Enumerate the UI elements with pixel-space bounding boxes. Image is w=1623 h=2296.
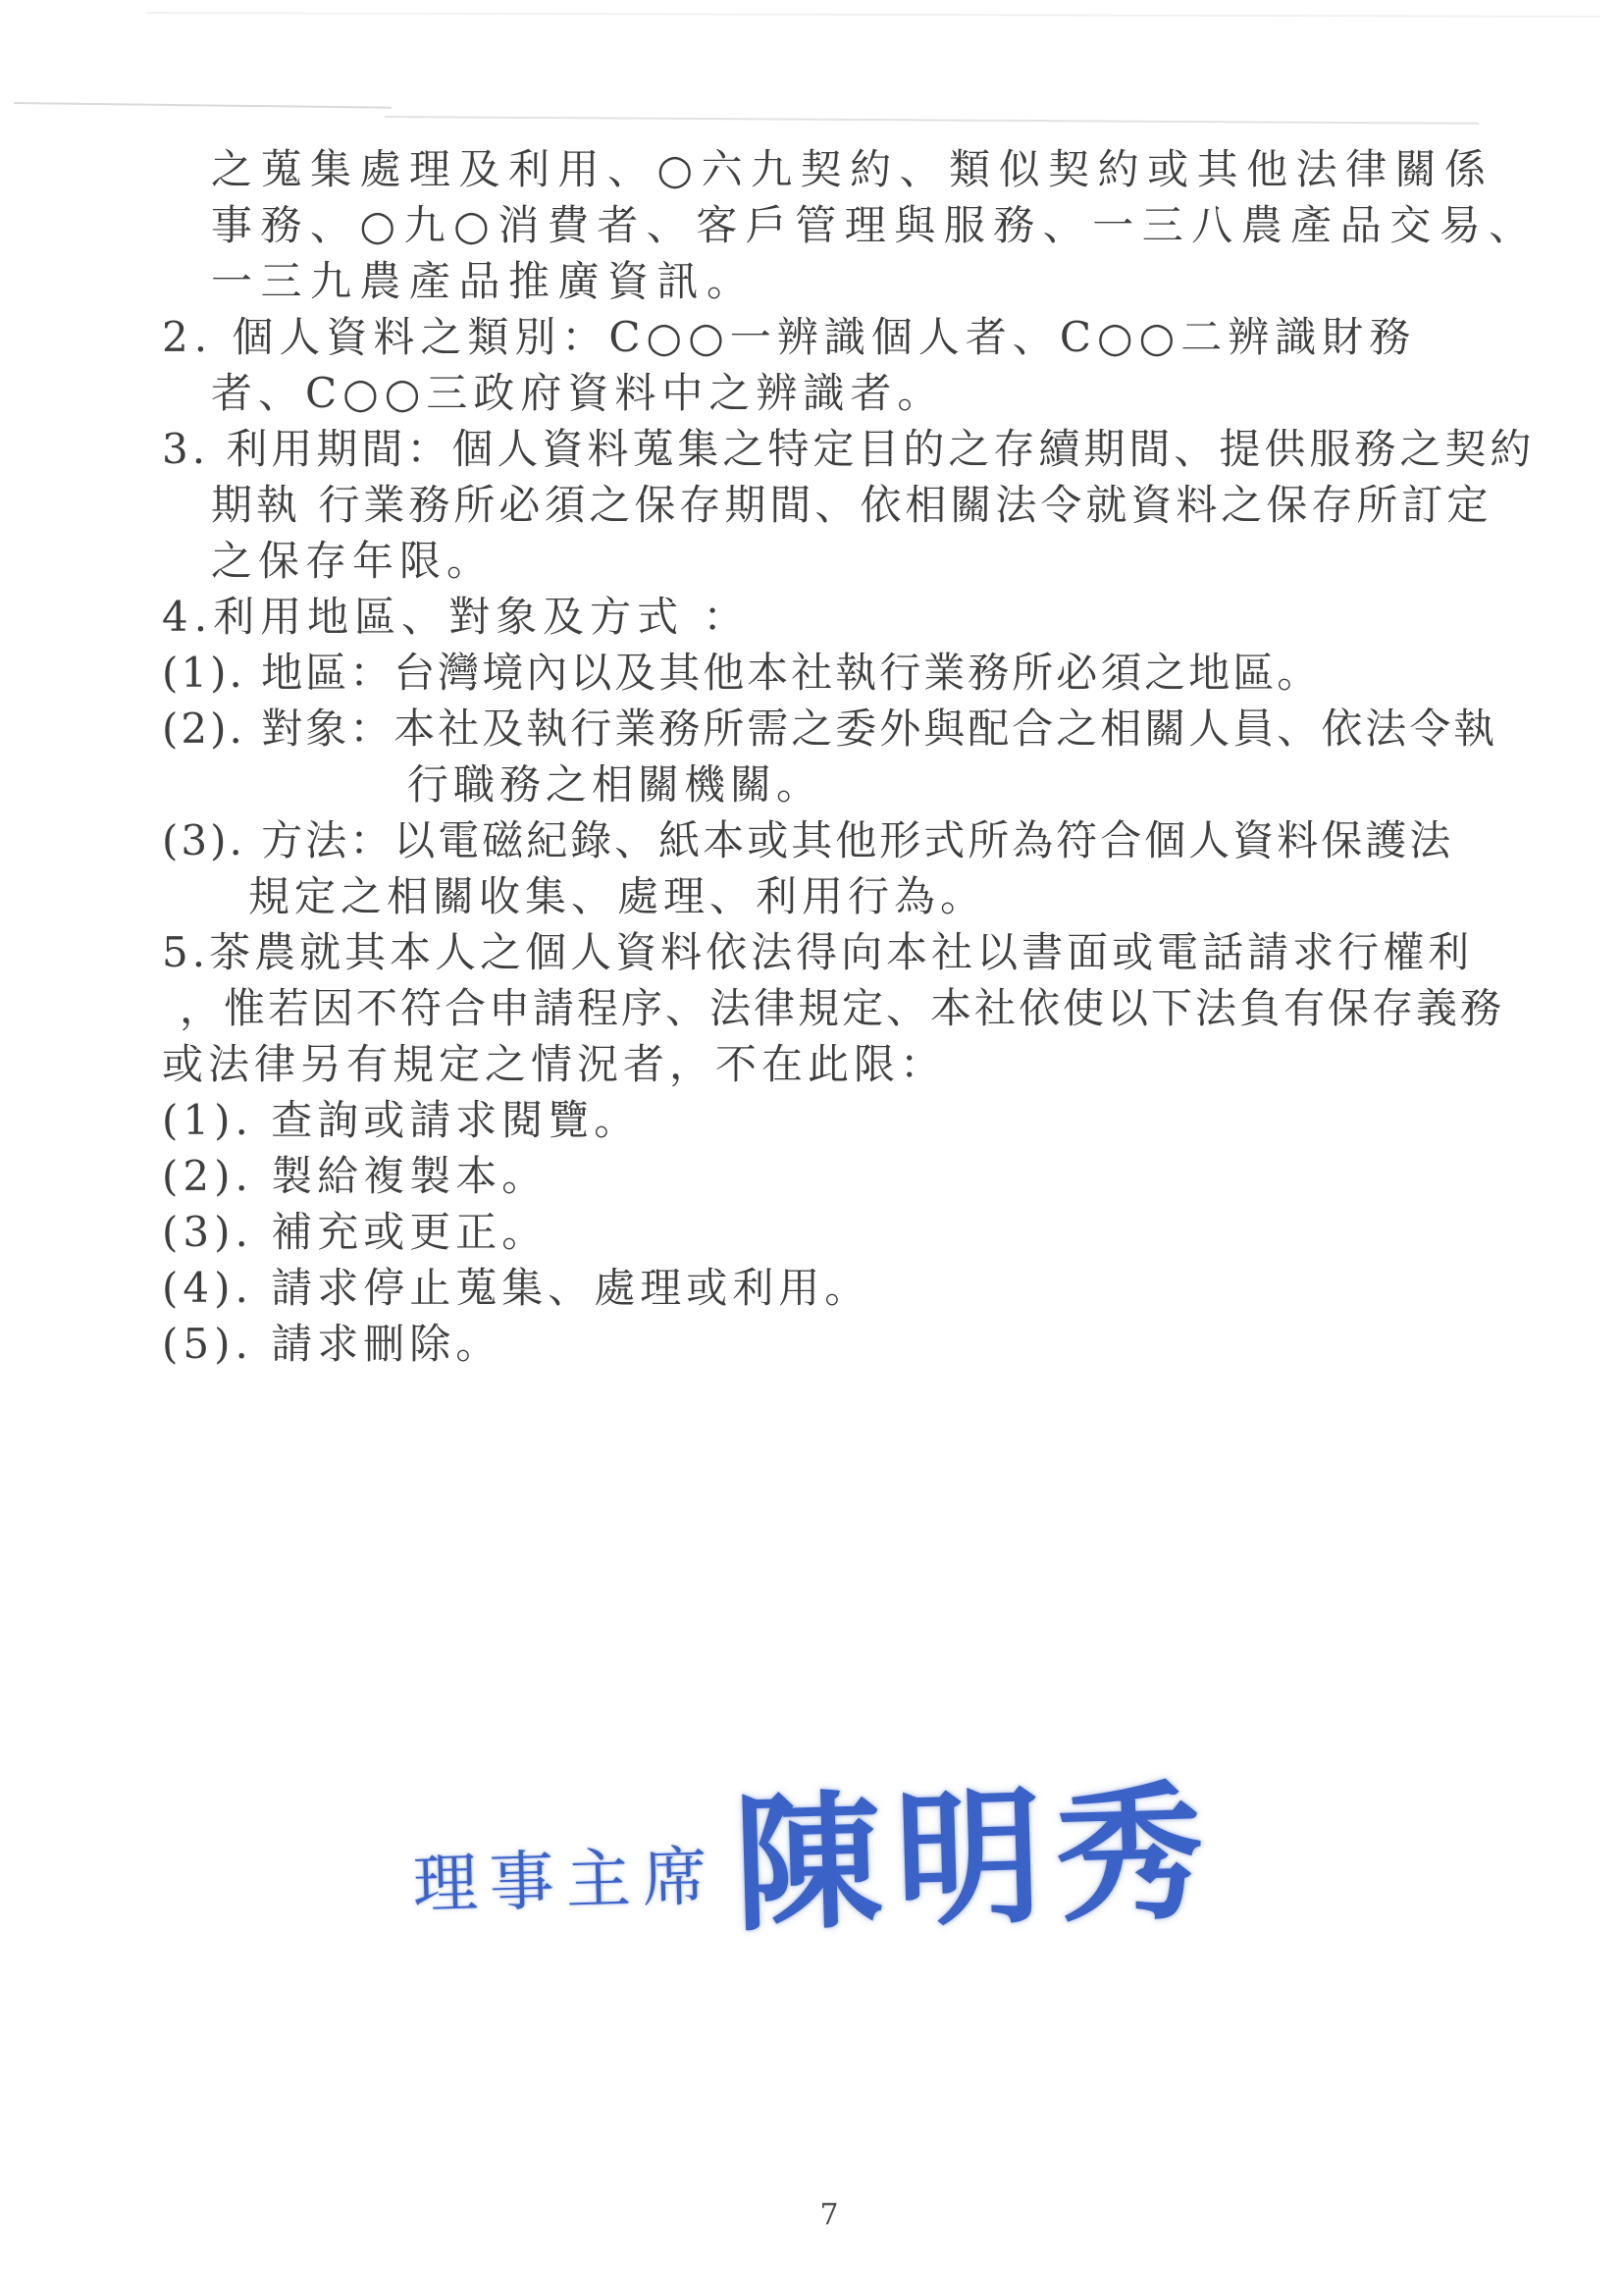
body-line: 之保存年限。 bbox=[211, 539, 494, 584]
body-line-item-3: 3. 利用期間：個人資料蒐集之特定目的之存續期間、提供服務之契約 bbox=[162, 427, 1535, 472]
scan-artifact-line bbox=[385, 116, 1479, 125]
body-line: 事務、○九○消費者、客戶管理與服務、一三八農產品交易、 bbox=[211, 203, 1539, 248]
page-number: 7 bbox=[0, 2198, 1623, 2232]
body-line: 規定之相關收集、處理、利用行為。 bbox=[248, 874, 986, 919]
stamp-name-text: 陳明秀 bbox=[731, 1734, 1220, 1959]
body-line: 或法律另有規定之情況者，不在此限： bbox=[162, 1042, 946, 1087]
body-line-item-4: 4.利用地區、對象及方式 ： bbox=[162, 595, 750, 640]
body-line-right-2: (2). 製給複製本。 bbox=[162, 1154, 548, 1199]
body-line-sub-3: (3). 方法：以電磁紀錄、紙本或其他形式所為符合個人資料保護法 bbox=[162, 818, 1453, 863]
body-line-item-5: 5.茶農就其本人之個人資料依法得向本社以書面或電話請求行權利 bbox=[162, 930, 1473, 975]
body-line-right-4: (4). 請求停止蒐集、處理或利用。 bbox=[162, 1266, 870, 1311]
body-line: 期執 行業務所必須之保存期間、依相關法令就資料之保存所訂定 bbox=[211, 483, 1492, 528]
body-line-right-1: (1). 查詢或請求閱覽。 bbox=[162, 1098, 640, 1143]
body-line-sub-1: (1). 地區：台灣境內以及其他本社執行業務所必須之地區。 bbox=[162, 651, 1321, 696]
stamp-title-text: 理事主席 bbox=[411, 1823, 720, 1925]
body-line-item-2: 2. 個人資料之類別：C○○一辨識個人者、C○○二辨識財務 bbox=[162, 315, 1416, 360]
body-line: 之蒐集處理及利用、○六九契約、類似契約或其他法律關係 bbox=[211, 147, 1494, 192]
chairman-stamp: 理事主席 陳明秀 bbox=[409, 1734, 1220, 1968]
body-line: 者、C○○三政府資料中之辨識者。 bbox=[211, 371, 944, 416]
document-page: 之蒐集處理及利用、○六九契約、類似契約或其他法律關係 事務、○九○消費者、客戶管… bbox=[0, 0, 1623, 2296]
body-line: ，惟若因不符合申請程序、法律規定、本社依使以下法負有保存義務 bbox=[180, 986, 1504, 1031]
scan-artifact-line bbox=[147, 12, 1599, 18]
body-line: 一三九農產品推廣資訊。 bbox=[211, 259, 757, 304]
body-line: 行職務之相關機關。 bbox=[407, 762, 822, 808]
body-line-sub-2: (2). 對象：本社及執行業務所需之委外與配合之相關人員、依法令執 bbox=[162, 706, 1497, 752]
body-line-right-3: (3). 補充或更正。 bbox=[162, 1210, 548, 1255]
body-line-right-5: (5). 請求刪除。 bbox=[162, 1322, 501, 1367]
scan-artifact-line bbox=[14, 102, 392, 109]
